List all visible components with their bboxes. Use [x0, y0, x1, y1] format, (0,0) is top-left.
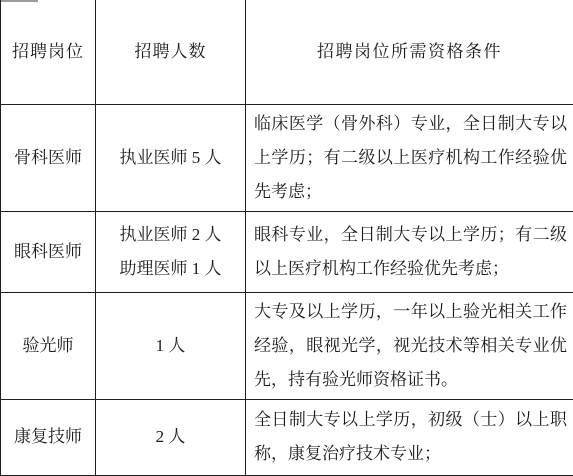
- count-cell: 执业医师 2 人 助理医师 1 人: [96, 211, 246, 292]
- count-cell: 执业医师 5 人: [96, 104, 246, 211]
- count-cell: 2 人: [96, 399, 246, 475]
- count-line: 助理医师 1 人: [96, 252, 245, 286]
- requirements-cell: 眼科专业，全日制大专以上学历；有二级以上医疗机构工作经验优先考虑；: [246, 211, 573, 292]
- requirements-cell: 全日制大专以上学历，初级（士）以上职称，康复治疗技术专业；: [246, 399, 573, 475]
- table-row-ophthalmologist: 眼科医师 执业医师 2 人 助理医师 1 人 眼科专业，全日制大专以上学历；有二…: [1, 211, 573, 292]
- table-row-optometrist: 验光师 1 人 大专及以上学历，一年以上验光相关工作经验，眼视光学，视光技术等相…: [1, 292, 573, 399]
- header-position: 招聘岗位: [1, 0, 96, 104]
- position-cell: 康复技师: [1, 399, 96, 475]
- header-requirements: 招聘岗位所需资格条件: [246, 0, 573, 104]
- header-count: 招聘人数: [96, 0, 246, 104]
- recruitment-table: 招聘岗位 招聘人数 招聘岗位所需资格条件 骨科医师 执业医师 5 人 临床医学（…: [0, 0, 573, 476]
- table-row-rehab-technician: 康复技师 2 人 全日制大专以上学历，初级（士）以上职称，康复治疗技术专业；: [1, 399, 573, 475]
- requirements-cell: 大专及以上学历，一年以上验光相关工作经验，眼视光学，视光技术等相关专业优先，持有…: [246, 292, 573, 399]
- count-line: 1 人: [96, 329, 245, 363]
- requirements-cell: 临床医学（骨外科）专业，全日制大专以上学历；有二级以上医疗机构工作经验优先考虑；: [246, 104, 573, 211]
- count-cell: 1 人: [96, 292, 246, 399]
- position-cell: 眼科医师: [1, 211, 96, 292]
- count-line: 执业医师 5 人: [96, 141, 245, 175]
- page: 招聘岗位 招聘人数 招聘岗位所需资格条件 骨科医师 执业医师 5 人 临床医学（…: [0, 0, 573, 468]
- position-cell: 验光师: [1, 292, 96, 399]
- table-row-orthopedic-physician: 骨科医师 执业医师 5 人 临床医学（骨外科）专业，全日制大专以上学历；有二级以…: [1, 104, 573, 211]
- position-cell: 骨科医师: [1, 104, 96, 211]
- count-line: 执业医师 2 人: [96, 218, 245, 252]
- count-line: 2 人: [96, 420, 245, 454]
- table-header-row: 招聘岗位 招聘人数 招聘岗位所需资格条件: [1, 0, 573, 104]
